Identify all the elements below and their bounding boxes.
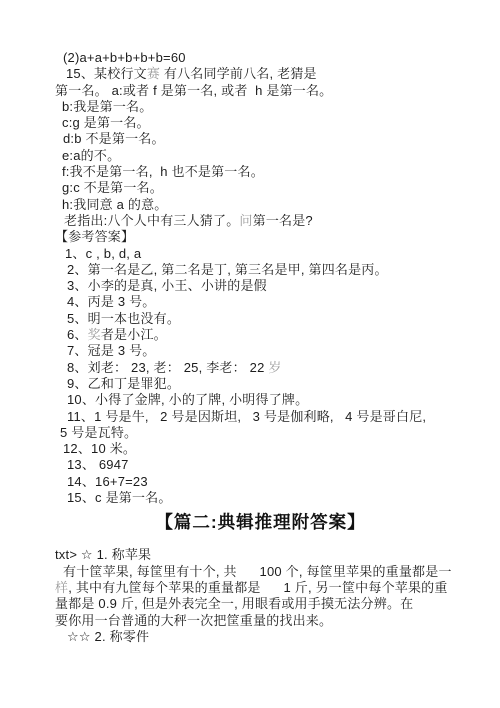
section-heading: 【篇二:典辑推理附答案】 [55, 510, 466, 534]
text-segment: 老指出:八个人中有三人猜了。 [64, 213, 239, 228]
text-segment: 者是小江。 [101, 327, 167, 342]
text-segment: 11、1 号是牛, 2 号是因斯坦, 3 号是伽利略, 4 号是哥白尼, [67, 409, 426, 424]
text-segment: f:我不是第一名, h 也不是第一名。 [62, 164, 264, 179]
text-line: 样, 其中有九筐每个苹果的重量都是 1 斤, 另一筐中每个苹果的重 [55, 580, 466, 596]
text-line: (2)a+a+b+b+b+b=60 [55, 50, 466, 66]
text-segment: 岁 [268, 360, 281, 375]
text-segment: 【篇二:典辑推理附答案】 [155, 512, 365, 532]
text-line: 12、10 米。 [55, 441, 466, 457]
text-segment: 要你用一台普通的大秤一次把筐重量的找出来。 [55, 613, 332, 628]
text-line: b:我是第一名。 [55, 99, 466, 115]
text-segment: 10、小得了金牌, 小的了牌, 小明得了牌。 [67, 392, 308, 407]
text-line: 15、c 是第一名。 [55, 490, 466, 506]
text-block: (2)a+a+b+b+b+b=6015、某校行文赛 有八名同学前八名, 老猜是第… [0, 50, 500, 645]
text-line: 有十筐苹果, 每筐里有十个, 共 100 个, 每筐里苹果的重量都是一 [55, 564, 466, 580]
text-line: 10、小得了金牌, 小的了牌, 小明得了牌。 [55, 392, 466, 408]
text-segment: 2、第一名是乙, 第二名是丁, 第三名是甲, 第四名是丙。 [67, 262, 388, 277]
text-line: e:a的不。 [55, 148, 466, 164]
text-segment: 5 号是瓦特。 [60, 425, 137, 440]
text-segment: 15、某校行文 [66, 66, 147, 81]
text-segment: 【参考答案】 [55, 229, 134, 244]
text-segment: 13、 6947 [67, 457, 129, 472]
text-line: 15、某校行文赛 有八名同学前八名, 老猜是 [55, 66, 466, 82]
text-segment: 问 [239, 213, 252, 228]
text-segment: 1、c , b, d, a [65, 246, 141, 261]
text-segment: 3、小李的是真, 小王、小讲的是假 [67, 278, 267, 293]
text-line: txt> ☆ 1. 称苹果 [55, 547, 466, 563]
text-line: h:我同意 a 的意。 [55, 197, 466, 213]
text-line: 【参考答案】 [55, 229, 466, 245]
text-line: 量都是 0.9 斤, 但是外表完全一, 用眼看或用手摸无法分辨。在 [55, 596, 466, 612]
text-line: 3、小李的是真, 小王、小讲的是假 [55, 278, 466, 294]
text-line: 1、c , b, d, a [55, 246, 466, 262]
text-line: 4、丙是 3 号。 [55, 294, 466, 310]
text-segment: 9、乙和丁是罪犯。 [67, 376, 180, 391]
document-page: (2)a+a+b+b+b+b=6015、某校行文赛 有八名同学前八名, 老猜是第… [0, 0, 500, 708]
text-segment: h:我同意 a 的意。 [62, 197, 168, 212]
text-line: 2、第一名是乙, 第二名是丁, 第三名是甲, 第四名是丙。 [55, 262, 466, 278]
text-line: 5 号是瓦特。 [55, 425, 466, 441]
text-line: 要你用一台普通的大秤一次把筐重量的找出来。 [55, 613, 466, 629]
text-segment: 14、16+7=23 [67, 474, 148, 489]
text-line: ☆☆ 2. 称零件 [55, 629, 466, 645]
text-segment: 有十筐苹果, 每筐里有十个, 共 100 个, 每筐里苹果的重量都是一 [63, 564, 452, 579]
text-segment: 15、c 是第一名。 [67, 490, 172, 505]
text-segment: 7、冠是 3 号。 [67, 343, 155, 358]
text-segment: 赛 [147, 66, 160, 81]
text-segment: d:b 不是第一名。 [63, 131, 165, 146]
text-segment: 12、10 米。 [63, 441, 136, 456]
text-segment: b:我是第一名。 [62, 99, 152, 114]
text-line: 老指出:八个人中有三人猜了。问第一名是? [55, 213, 466, 229]
text-line: g:c 不是第一名。 [55, 180, 466, 196]
text-line: 13、 6947 [55, 457, 466, 473]
text-segment: 奖 [88, 327, 101, 342]
text-line: 第一名。 a:或者 f 是第一名, 或者 h 是第一名。 [55, 83, 466, 99]
text-line: 5、明一本也没有。 [55, 311, 466, 327]
text-line: d:b 不是第一名。 [55, 131, 466, 147]
text-segment: 有八名同学前八名, 老猜是 [160, 66, 317, 81]
text-segment: 样 [55, 580, 68, 595]
text-line: 7、冠是 3 号。 [55, 343, 466, 359]
text-segment: 6、 [67, 327, 88, 342]
text-segment: e:a的不。 [62, 148, 120, 163]
text-line: 11、1 号是牛, 2 号是因斯坦, 3 号是伽利略, 4 号是哥白尼, [55, 409, 466, 425]
text-line: 8、刘老： 23, 老： 25, 李老： 22 岁 [55, 360, 466, 376]
text-segment: txt> ☆ 1. 称苹果 [55, 547, 151, 562]
text-line: 9、乙和丁是罪犯。 [55, 376, 466, 392]
text-segment: 第一名是? [253, 213, 313, 228]
text-segment: c:g 是第一名。 [62, 115, 150, 130]
text-segment: 第一名。 a:或者 f 是第一名, 或者 h 是第一名。 [55, 83, 332, 98]
text-segment: , 其中有九筐每个苹果的重量都是 1 斤, 另一筐中每个苹果的重 [68, 580, 447, 595]
text-line: 14、16+7=23 [55, 474, 466, 490]
text-segment: 4、丙是 3 号。 [67, 294, 155, 309]
text-line: 6、奖者是小江。 [55, 327, 466, 343]
text-segment: g:c 不是第一名。 [62, 180, 163, 195]
text-segment: (2)a+a+b+b+b+b=60 [63, 50, 186, 65]
text-segment: 5、明一本也没有。 [67, 311, 180, 326]
text-segment: ☆☆ 2. 称零件 [67, 629, 149, 644]
text-line: c:g 是第一名。 [55, 115, 466, 131]
text-segment: 量都是 0.9 斤, 但是外表完全一, 用眼看或用手摸无法分辨。在 [55, 596, 413, 611]
text-segment: 8、刘老： 23, 老： 25, 李老： 22 [67, 360, 268, 375]
text-line: f:我不是第一名, h 也不是第一名。 [55, 164, 466, 180]
